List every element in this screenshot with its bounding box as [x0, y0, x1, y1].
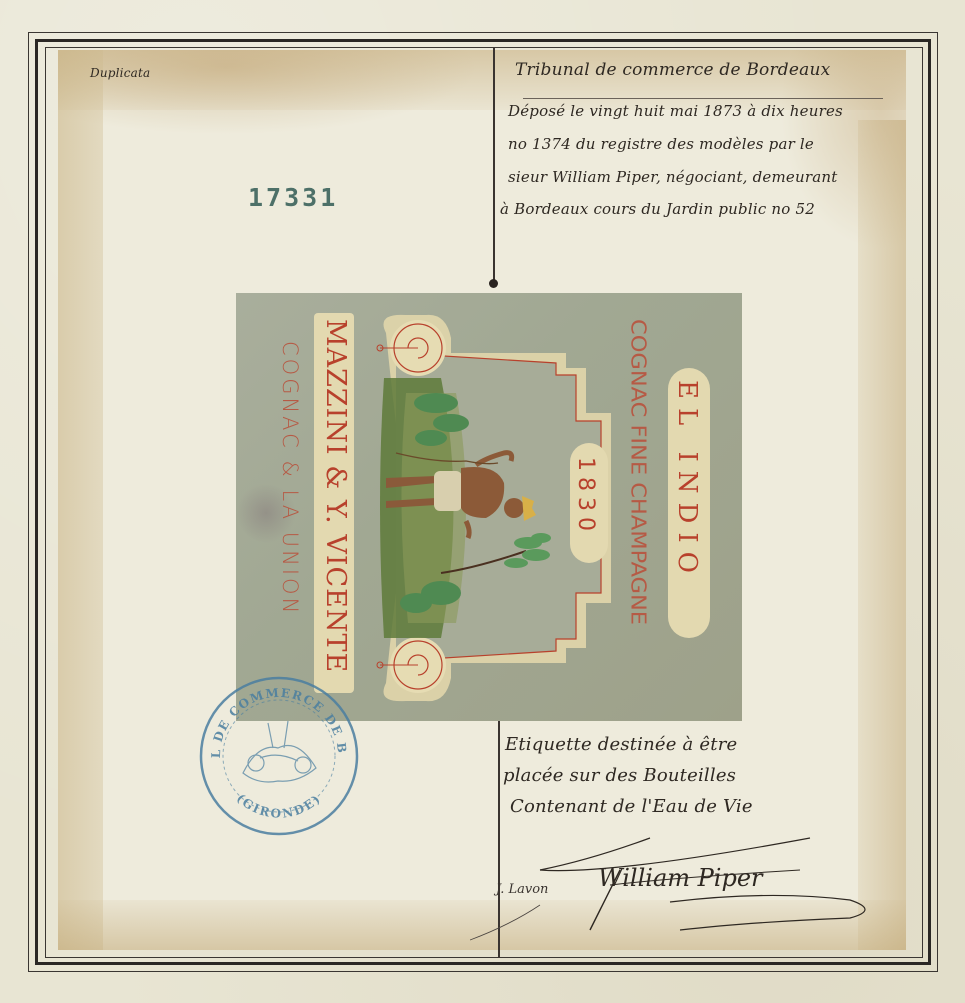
witness-signature: J. Lavon [496, 882, 548, 897]
tribunal-title: Tribunal de commerce de Bordeaux [515, 60, 830, 80]
signature-block: William Piper J. Lavon [470, 830, 890, 950]
description-line: Etiquette destinée à être [505, 734, 737, 755]
tribunal-seal-stamp: TRIBUNAL DE COMMERCE DE BORDEAUX (GIROND… [198, 673, 360, 839]
deposit-line: sieur William Piper, négociant, demeuran… [508, 168, 837, 186]
description-line: placée sur des Bouteilles [503, 765, 736, 786]
label-maker-name: MAZZINI & Y. VICENTE [320, 319, 351, 673]
divider-dot [489, 279, 498, 288]
label-year: 1830 [573, 457, 598, 537]
registry-stamp-number: 17331 [248, 183, 338, 212]
seal-text-top: TRIBUNAL DE COMMERCE DE BORDEAUX [198, 673, 349, 759]
deposit-line: à Bordeaux cours du Jardin public no 52 [500, 200, 815, 218]
label-location: COGNAC & LA UNION [278, 341, 302, 616]
title-underline [523, 98, 883, 99]
seal-text-bottom: (GIRONDE) [234, 791, 324, 821]
label-ornament-frame [236, 293, 742, 721]
svg-text:(GIRONDE): (GIRONDE) [234, 791, 324, 821]
vertical-divider-top [493, 48, 495, 284]
label-product-name: EL INDIO [672, 380, 702, 582]
cognac-label: MAZZINI & Y. VICENTE COGNAC & LA UNION E… [236, 293, 742, 721]
label-product-description: COGNAC FINE CHAMPAGNE [627, 319, 650, 625]
duplicata-annotation: Duplicata [90, 66, 150, 80]
deposit-line: Déposé le vingt huit mai 1873 à dix heur… [508, 102, 843, 120]
svg-text:TRIBUNAL DE COMMERCE DE BORDEA: TRIBUNAL DE COMMERCE DE BORDEAUX [198, 673, 349, 759]
description-line: Contenant de l'Eau de Vie [510, 796, 753, 817]
signature-william-piper: William Piper [598, 864, 763, 892]
deposit-line: no 1374 du registre des modèles par le [508, 135, 814, 153]
